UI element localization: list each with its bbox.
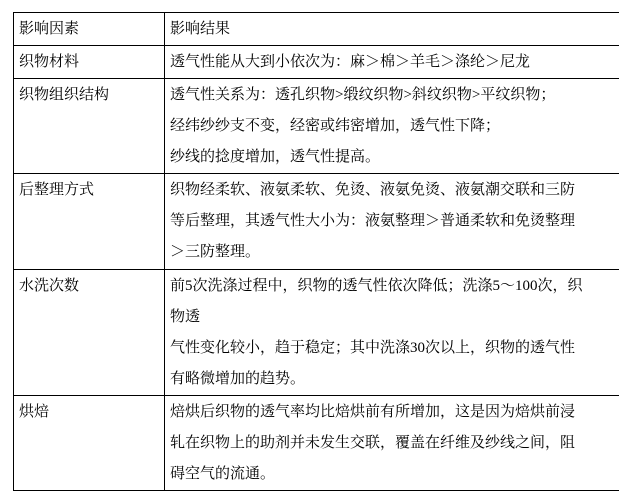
table-row: 织物组织结构 透气性关系为：透孔织物>缎纹织物>斜纹织物>平纹织物； 经纬纱纱支… <box>14 79 619 174</box>
result-cell: 织物经柔软、液氨柔软、免烫、液氨免烫、液氨潮交联和三防 等后整理，其透气性大小为… <box>165 174 619 270</box>
header-cell-result: 影响结果 <box>165 13 619 46</box>
table-row: 烘焙 焙烘后织物的透气率均比焙烘前有所增加，这是因为焙烘前浸 轧在织物上的助剂并… <box>14 396 619 491</box>
factors-table: 影响因素 影响结果 织物材料 透气性能从大到小依次为：麻＞棉＞羊毛＞涤纶＞尼龙 … <box>13 12 619 491</box>
factor-cell: 织物组织结构 <box>14 79 165 174</box>
document-page: 影响因素 影响结果 织物材料 透气性能从大到小依次为：麻＞棉＞羊毛＞涤纶＞尼龙 … <box>0 0 619 494</box>
table-row: 后整理方式 织物经柔软、液氨柔软、免烫、液氨免烫、液氨潮交联和三防 等后整理，其… <box>14 174 619 270</box>
header-cell-factor: 影响因素 <box>14 13 165 46</box>
factor-cell: 烘焙 <box>14 396 165 491</box>
result-cell: 前5次洗涤过程中，织物的透气性依次降低；洗涤5～100次，织 物透 气性变化较小… <box>165 270 619 396</box>
result-cell: 透气性关系为：透孔织物>缎纹织物>斜纹织物>平纹织物； 经纬纱纱支不变，经密或纬… <box>165 79 619 174</box>
result-cell: 焙烘后织物的透气率均比焙烘前有所增加，这是因为焙烘前浸 轧在织物上的助剂并未发生… <box>165 396 619 491</box>
table-row: 水洗次数 前5次洗涤过程中，织物的透气性依次降低；洗涤5～100次，织 物透 气… <box>14 270 619 396</box>
result-cell: 透气性能从大到小依次为：麻＞棉＞羊毛＞涤纶＞尼龙 <box>165 46 619 79</box>
factor-cell: 后整理方式 <box>14 174 165 270</box>
factor-cell: 水洗次数 <box>14 270 165 396</box>
table-row: 织物材料 透气性能从大到小依次为：麻＞棉＞羊毛＞涤纶＞尼龙 <box>14 46 619 79</box>
factor-cell: 织物材料 <box>14 46 165 79</box>
table-header-row: 影响因素 影响结果 <box>14 13 619 46</box>
